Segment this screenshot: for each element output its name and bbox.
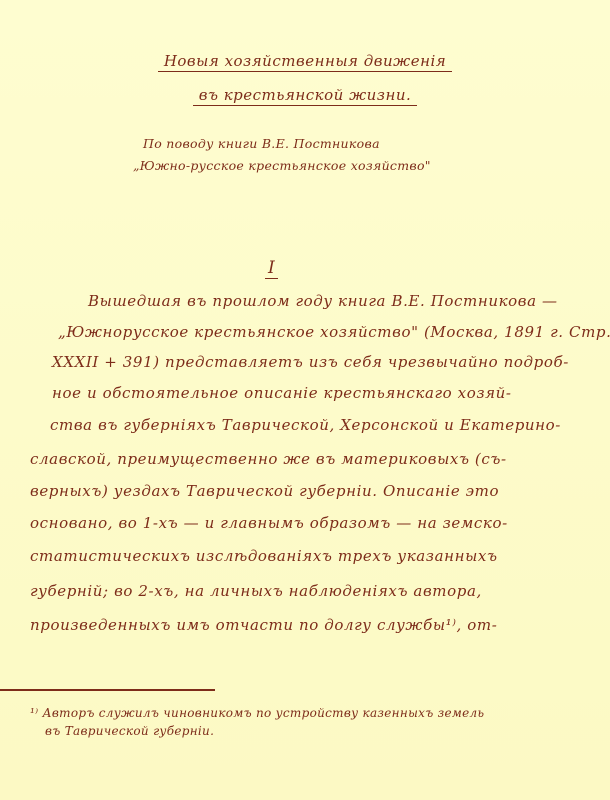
body-line: славской, преимущественно же въ материко… (30, 450, 507, 468)
body-line: произведенныхъ имъ отчасти по долгу служ… (30, 616, 497, 634)
subtitle-line-2: „Южно-русское крестьянское хозяйство" (133, 158, 431, 173)
title-text-1: Новыя хозяйственныя движенія (158, 52, 452, 72)
body-line: губерній; во 2-хъ, на личныхъ наблюденія… (30, 582, 482, 600)
footnote-line-1: ¹⁾ Авторъ служилъ чиновникомъ по устройс… (30, 706, 484, 720)
title-text-2: въ крестьянской жизни. (193, 86, 418, 106)
title-line-1: Новыя хозяйственныя движенія (0, 52, 610, 70)
footnote-line-2: въ Таврической губерніи. (45, 724, 214, 738)
title-line-2: въ крестьянской жизни. (0, 86, 610, 104)
body-line: статистическихъ изслѣдованіяхъ трехъ ука… (30, 547, 498, 565)
body-line: XXXII + 391) представляетъ изъ себя чрез… (52, 353, 569, 371)
body-line: „Южнорусское крестьянское хозяйство" (Мо… (58, 323, 610, 341)
body-line: верныхъ) уездахъ Таврической губерніи. О… (30, 482, 499, 500)
body-line: основано, во 1-хъ — и главнымъ образомъ … (30, 514, 508, 532)
manuscript-page: Новыя хозяйственныя движенія въ крестьян… (0, 0, 610, 800)
body-line: Вышедшая въ прошлом году книга В.Е. Пост… (88, 292, 558, 310)
section-number: I (265, 258, 278, 279)
body-line: ства въ губерніяхъ Таврической, Херсонск… (50, 416, 561, 434)
subtitle-line-1: По поводу книги В.Е. Постникова (143, 136, 380, 151)
body-line: ное и обстоятельное описаніе крестьянска… (52, 384, 512, 402)
footnote-divider (0, 689, 215, 691)
